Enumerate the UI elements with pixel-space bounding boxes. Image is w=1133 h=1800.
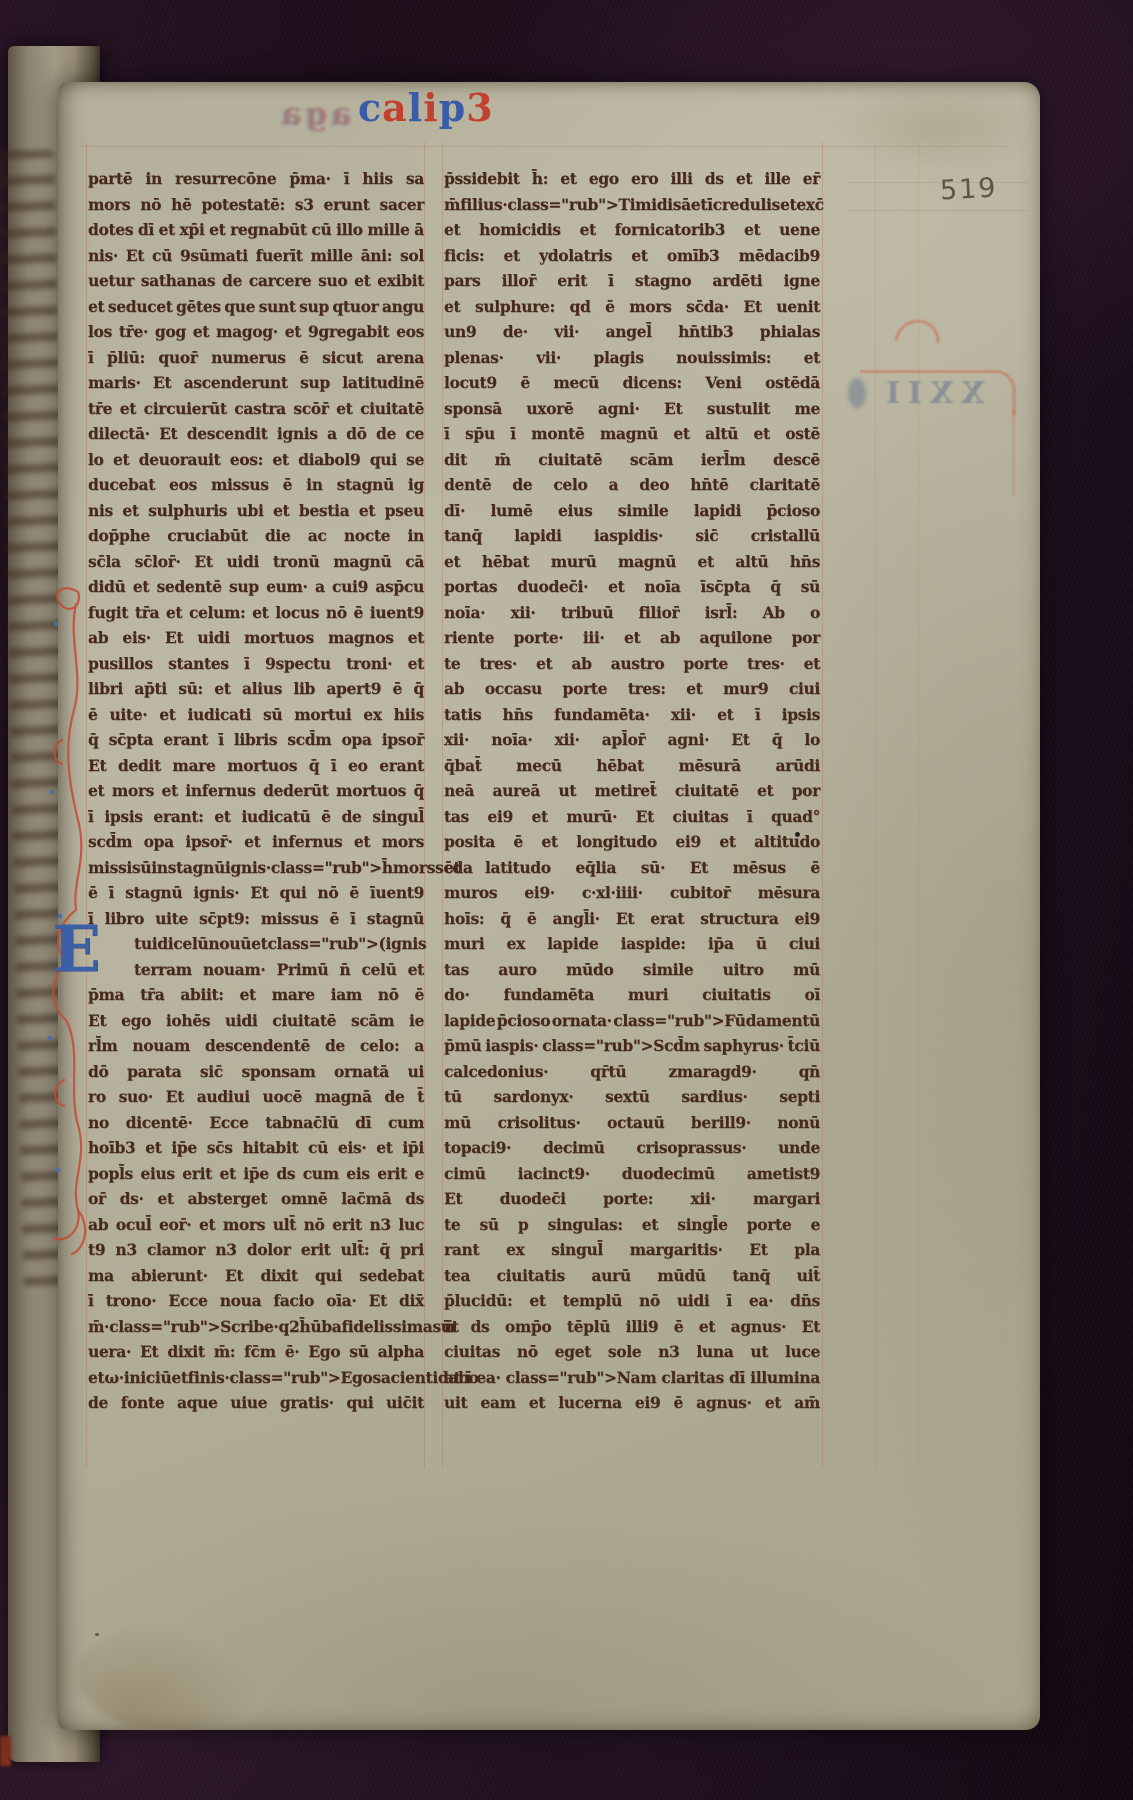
text-line: sc̄la sc̄lor̄· Et uidi tronū magnū cā	[88, 549, 424, 575]
text-line: te sū p singulas: et singl̄e porte e	[444, 1212, 820, 1238]
text-line: ē uite· et iudicati sū mortui ex hiis	[88, 702, 424, 728]
text-line: partē in resurrecōne p̄ma· ī hiis sa	[88, 166, 424, 192]
text-line: muri ex lapide iaspide: ip̄a ū ciui	[444, 931, 820, 957]
text-line: maris· Et ascenderunt sup latitudinē	[88, 370, 424, 396]
text-line: et hēbat murū magnū et altū hn̄s	[444, 549, 820, 575]
text-line: Et duodec̄i porte: xii· margari	[444, 1186, 820, 1212]
text-line: terram nouam· Primū n̄ celū et	[88, 957, 424, 983]
text-line: t9 n3 clamor n3 dolor erit ult̄: q̄ pri	[88, 1237, 424, 1263]
running-header-offset-ghost: aga	[278, 96, 352, 132]
text-line: et ω· iniciū et finis· class="rub">Ego s…	[88, 1365, 424, 1391]
text-line: neā aureā ut metiret̄ ciuitatē et por	[444, 778, 820, 804]
text-line: tr̄e et circuierūt castra scōr̄ et ciuit…	[88, 396, 424, 422]
text-line: lo et deuorauit eos: et diabol9 qui se	[88, 447, 424, 473]
text-line: ī ipsis erant: et iudicatū ē de singul̄	[88, 804, 424, 830]
text-line: mors nō hē potestatē: s3 erunt sacer	[88, 192, 424, 218]
text-line: tū sardonyx· sextū sardius· septi	[444, 1084, 820, 1110]
text-line: or̄ ds· et absterget omnē lac̄mā ds	[88, 1186, 424, 1212]
text-line: dop̄phe cruciabūt die ac nocte in	[88, 523, 424, 549]
margin-rule	[875, 142, 876, 1468]
text-line: ab eis· Et uidi mortuos magnos et	[88, 625, 424, 651]
text-line: te tres· et ab austro porte tres· et	[444, 651, 820, 677]
text-line: et homicidis et fornicatorib3 et uene	[444, 217, 820, 243]
text-line: ī p̄liū: quor̄ numerus ē sicut arena	[88, 345, 424, 371]
text-line: ro suo· Et audiui uocē magnā de t̄	[88, 1084, 424, 1110]
text-column-left: partē in resurrecōne p̄ma· ī hiis samors…	[88, 166, 424, 1416]
text-line: pusillos stantes ī 9spectu troni· et	[88, 651, 424, 677]
text-line: ficis: et ydolatris et omīb3 mēdacib9	[444, 243, 820, 269]
text-line: ī trono· Ecce noua facio oīa· Et dix̄	[88, 1288, 424, 1314]
offset-red-flourish	[885, 310, 949, 373]
text-line: dit m̄ ciuitatē scām ierl̄m descē	[444, 447, 820, 473]
text-line: Et dedit mare mortuos q̄ ī eo erant	[88, 753, 424, 779]
text-line: dotes dī et xp̄i et regnabūt cū illo mil…	[88, 217, 424, 243]
ruling-line	[848, 182, 1028, 183]
ink-speck	[95, 1633, 99, 1636]
text-line: ab ocul̄ eor̄· et mors ult̄ nō erit n3 l…	[88, 1212, 424, 1238]
text-line: noīa· xii· tribuū filior̄ isrl̄: Ab o	[444, 600, 820, 626]
text-line: uetur sathanas de carcere suo et exibit	[88, 268, 424, 294]
manuscript-photo: aga calip3 519 XXII	[0, 0, 1133, 1800]
text-line: xii· noīa· xii· apl̄or̄ agni· Et q̄ lo	[444, 727, 820, 753]
text-line: et sulphure: qd ē mors sc̄da· Et uenit	[444, 294, 820, 320]
text-line: t uidi celū nouū et class="rub">(ignis	[88, 931, 424, 957]
text-line: dō parata sic̄ sponsam ornatā ui	[88, 1059, 424, 1085]
chapter-ghost-blue-blob	[848, 378, 866, 408]
text-line: ma abierunt· Et dixit qui sedebat	[88, 1263, 424, 1289]
text-line: et latitudo eq̄lia sū· Et mēsus ē	[444, 855, 820, 881]
text-line: plenas· vii· plagis nouissimis: et	[444, 345, 820, 371]
text-line: hoīs: q̄ ē angl̄i· Et erat structura ei9	[444, 906, 820, 932]
text-line: libri ap̄ti sū: et alius lib apert9 ē q̄	[88, 676, 424, 702]
text-line: tatis hn̄s fundamēta· xii· et ī ipsis	[444, 702, 820, 728]
binding-red-edge	[0, 1736, 11, 1766]
text-line: ciuitas nō eget sole n3 luna ut luce	[444, 1339, 820, 1365]
ink-speck	[795, 832, 800, 837]
text-line: pars illor̄ erit ī stagno ardēti igne	[444, 268, 820, 294]
column-rule	[822, 142, 823, 1468]
chapter-ghost-red-frame-tail	[1012, 410, 1015, 496]
text-line: no dicentē· Ecce tabnac̄lū dī cum	[88, 1110, 424, 1136]
running-header: calip3	[358, 88, 578, 132]
text-line: at ī ea· class="rub">Nam claritas dī ill…	[444, 1365, 820, 1391]
text-line: topaci9· decimū crisoprassus· unde	[444, 1135, 820, 1161]
text-line: ī libro uite sc̄pt9: missus ē ī stagnū	[88, 906, 424, 932]
text-line: popl̄s eius erit et ip̄e ds cum eis erit…	[88, 1161, 424, 1187]
header-letter: i	[423, 88, 438, 128]
text-line: hoīb3 et ip̄e sc̄s hitabit cū eis· et ip…	[88, 1135, 424, 1161]
text-line: p̄ssidebit h̄: et ego ero illi ds et ill…	[444, 166, 820, 192]
text-line: cimū iacinct9· duodecimū ametist9	[444, 1161, 820, 1187]
text-line: calcedonius· qr̄tū zmaragd9· qn̄	[444, 1059, 820, 1085]
parchment-stain	[78, 1622, 258, 1730]
text-line: nis· Et cū 9sūmati fuerīt mille āni: sol	[88, 243, 424, 269]
text-line: ē ī stagnū ignis· Et qui nō ē īuent9	[88, 880, 424, 906]
text-line: m̄ filius· class="rub">Timidis ā et īcre…	[444, 192, 820, 218]
text-line: dī· lumē eius simile lapidi p̄cioso	[444, 498, 820, 524]
header-letter: 3	[466, 88, 493, 128]
text-line: q̄ sc̄pta erant ī libris scd̄m opa ipsor…	[88, 727, 424, 753]
ruling-line	[848, 210, 1028, 211]
text-line: tanq̄ lapidi iaspidis· sic̄ cristallū	[444, 523, 820, 549]
text-line: p̄ma tr̄a abiit: et mare iam nō ē	[88, 982, 424, 1008]
text-line: uit eam et lucerna ei9 ē agnus· et am̄	[444, 1390, 820, 1416]
text-line: q̄bat̄ mecū hēbat mēsurā arūdi	[444, 753, 820, 779]
chapter-number-ghost: XXII	[878, 376, 985, 411]
text-line: los tr̄e· gog et magog· et 9gregabit eos	[88, 319, 424, 345]
text-line: rant ex singul̄ margaritis· Et pla	[444, 1237, 820, 1263]
text-line: riente porte· iii· et ab aquilone por	[444, 625, 820, 651]
text-line: scd̄m opa ipsor̄· et infernus et mors	[88, 829, 424, 855]
text-column-right: p̄ssidebit h̄: et ego ero illi ds et ill…	[444, 166, 820, 1416]
manuscript-page: aga calip3 519 XXII	[58, 82, 1040, 1730]
text-line: rl̄m nouam descendentē de celo: a	[88, 1033, 424, 1059]
text-line: ī sp̄u ī montē magnū et altū et ostē	[444, 421, 820, 447]
text-line: ab occasu porte tres: et mur9 ciui	[444, 676, 820, 702]
text-line: missi sū in stagnū ignis· class="rub">h̄…	[88, 855, 424, 881]
parchment-stain	[838, 82, 1038, 172]
header-letter: a	[382, 88, 408, 128]
text-line: tea ciuitatis aurū mūdū tanq̄ uit̄	[444, 1263, 820, 1289]
text-line: n̄ ds omp̄o tēplū illi9 ē et agnus· Et	[444, 1314, 820, 1340]
header-letter: p	[439, 88, 467, 128]
text-line: locut9 ē mecū dicens: Veni ostēdā	[444, 370, 820, 396]
chapter-number-ghost-box: XXII	[854, 370, 1022, 422]
text-line: lapide p̄cioso ornata· class="rub">Fūdam…	[444, 1008, 820, 1034]
text-line: posita ē et longitudo ei9 et altitudo	[444, 829, 820, 855]
text-line: m̄· class="rub">Scribe· q2 h̄ ūba fideli…	[88, 1314, 424, 1340]
text-line: portas duodec̄i· et noīa īsc̄pta q̄ sū	[444, 574, 820, 600]
text-line: tas ei9 et murū· Et ciuitas ī quad°	[444, 804, 820, 830]
text-line: muros ei9· c·xl·iiii· cubitor̄ mēsura	[444, 880, 820, 906]
text-line: de fonte aque uiue gratis· qui uic̄it	[88, 1390, 424, 1416]
text-line: mū crisolitus· octauū berill9· nonū	[444, 1110, 820, 1136]
column-rule	[442, 142, 443, 1468]
folio-number: 519	[939, 173, 998, 207]
header-letter: l	[408, 88, 423, 128]
text-line: tas auro mūdo simile uitro mū	[444, 957, 820, 983]
text-line: un9 de· vii· angel̄ hn̄tib3 phialas	[444, 319, 820, 345]
text-line: Et ego iohēs uidi ciuitatē scām ie	[88, 1008, 424, 1034]
text-line: dilectā· Et descendit ignis a dō de ce	[88, 421, 424, 447]
text-line: nis et sulphuris ubi et bestia et pseu	[88, 498, 424, 524]
header-letter: c	[358, 88, 382, 128]
text-line: uera· Et dixit m̄: fc̄m ē· Ego sū alpha	[88, 1339, 424, 1365]
text-line: sponsā uxorē agni· Et sustulit me	[444, 396, 820, 422]
text-line: et mors et infernus dederūt mortuos q̄	[88, 778, 424, 804]
text-line: dentē de celo a deo hn̄tē claritatē	[444, 472, 820, 498]
text-line: fugit tr̄a et celum: et locus nō ē iuent…	[88, 600, 424, 626]
text-line: didū et sedentē sup eum· a cui9 asp̄cu	[88, 574, 424, 600]
text-line: do· fundamēta muri ciuitatis oī	[444, 982, 820, 1008]
column-rule	[424, 142, 425, 1468]
text-line: p̄mū iaspis· class="rub">Scd̄m saphyrus·…	[444, 1033, 820, 1059]
text-line: ducebat eos missus ē in stagnū ig	[88, 472, 424, 498]
text-line: et seducet gētes que sunt sup qtuor angu	[88, 294, 424, 320]
text-line: p̄lucidū: et templū nō uidi ī ea· dn̄s	[444, 1288, 820, 1314]
ruling-line	[78, 146, 1008, 147]
